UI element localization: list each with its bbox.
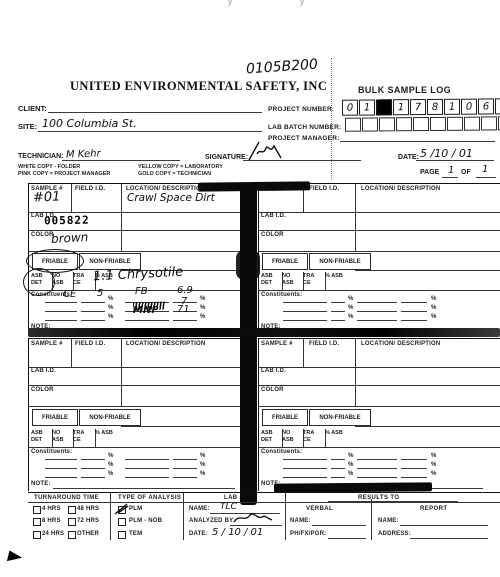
blank-line: [81, 459, 105, 460]
blank-line: [357, 302, 397, 303]
location-label: LOCATION/ DESCRIPTION: [361, 186, 440, 192]
technician-label: TECHNICIAN:: [18, 153, 64, 160]
field-id-cell: FIELD I.D.: [303, 339, 356, 367]
blank-line: [283, 459, 327, 460]
constituent-name: CE: [63, 289, 76, 300]
digit-box: 0: [461, 99, 477, 115]
asb-label: ASB: [31, 430, 43, 436]
color-value: brown: [51, 230, 89, 246]
lab-date-value: 5 / 10 / 01: [212, 527, 263, 538]
non-friable-label: NON-FRIABLE: [319, 259, 360, 265]
rule: [121, 426, 243, 427]
blank-line: [45, 311, 77, 312]
date-line: [416, 160, 494, 161]
digit: 0: [347, 102, 353, 113]
blank-line: [401, 302, 427, 303]
blank-line: [81, 320, 105, 321]
lab-id-label: LAB I.D.: [261, 368, 286, 374]
digit-box: 0: [342, 100, 358, 116]
site-line: [38, 131, 262, 132]
rule: [259, 251, 500, 252]
blank-line: [357, 320, 397, 321]
percent-sign: %: [431, 305, 436, 311]
blank-line: [401, 320, 427, 321]
non-friable-box: NON-FRIABLE: [309, 409, 371, 426]
color-cell: COLOR: [29, 385, 122, 406]
checkbox-8hrs: [33, 518, 41, 526]
project-number-boxes: 0 1 1 7 8 1 0 6 9: [342, 98, 500, 115]
percent-sign: %: [200, 453, 205, 459]
blank-line: [283, 468, 327, 469]
client-label: CLIENT:: [18, 104, 47, 113]
digit-box-filled: [376, 99, 392, 115]
pct-asb-label: % ASB: [325, 273, 343, 279]
percent-sign: %: [200, 471, 205, 477]
bottom-table: TURNAROUND TIME TYPE OF ANALYSIS LAB RES…: [28, 492, 500, 540]
blank-line: [357, 477, 397, 478]
percent-sign: %: [348, 462, 353, 468]
percent-sign: %: [431, 453, 436, 459]
blank-line: [331, 477, 345, 478]
analyzed-by-scribble: [232, 511, 277, 525]
empty-box: [379, 117, 395, 131]
checkbox-24hrs: [33, 531, 41, 539]
page-total: 1: [482, 164, 488, 175]
blank-line: [125, 320, 169, 321]
constituents-label: Constituents:: [261, 449, 302, 455]
non-friable-label: NON-FRIABLE: [89, 259, 130, 265]
blank-line: [173, 468, 197, 469]
pct-asb-label: % ASB: [95, 430, 113, 436]
pct-asb-cell: % ASB: [93, 429, 123, 448]
blank-line: [401, 459, 427, 460]
copy-legend-white: WHITE COPY - FOLDER: [18, 164, 80, 170]
blank-line: [283, 311, 327, 312]
verbal-name-label: NAME:: [290, 518, 311, 524]
divider: [183, 493, 184, 540]
color-label: COLOR: [261, 387, 284, 393]
sample-number-label: SAMPLE #: [31, 341, 63, 347]
scan-artifact-blob: [236, 250, 260, 280]
friable-label: FRIABLE: [272, 415, 298, 421]
non-friable-label: NON-FRIABLE: [319, 415, 360, 421]
blank-line: [283, 302, 327, 303]
lab-batch-boxes: [345, 116, 500, 131]
location-label: LOCATION/ DESCRIPTION: [126, 341, 205, 347]
percent-sign: %: [348, 471, 353, 477]
empty-box: [464, 117, 480, 131]
option-other: OTHER: [77, 531, 99, 537]
percent-sign: %: [431, 462, 436, 468]
constituent-name: MNF: [133, 305, 158, 316]
rule: [259, 447, 500, 448]
signature-line: [243, 160, 361, 161]
ce-label: CE: [303, 437, 311, 443]
blank-line: [81, 311, 105, 312]
blank-line: [357, 311, 397, 312]
location-label: LOCATION/ DESCRIPTION: [361, 341, 440, 347]
blank-line: [331, 311, 345, 312]
blank-line: [81, 302, 105, 303]
phfxpgr-label: PH/FX/PGR:: [290, 531, 326, 537]
constituent-pct: 5: [97, 288, 103, 299]
verbal-title: VERBAL: [306, 506, 333, 512]
sample-number-value: #01: [33, 190, 61, 206]
project-manager-line: [340, 141, 495, 142]
option-72hrs: 72 HRS: [77, 518, 99, 524]
lab-batch-label: LAB BATCH NUMBER:: [268, 124, 341, 131]
digit-box: 1: [444, 99, 460, 115]
constituents-label: Constituents:: [31, 449, 72, 455]
checkbox-48hrs: [68, 506, 76, 514]
scan-artifact-top-smudge: [198, 181, 310, 191]
non-friable-box: NON-FRIABLE: [309, 253, 371, 270]
tra-label: TRA: [73, 273, 84, 279]
percent-sign: %: [108, 296, 113, 302]
copy-legend-yellow: YELLOW COPY = LABORATORY: [138, 164, 223, 170]
constituent-pct: 6.9: [177, 285, 193, 296]
lab-id-label: LAB I.D.: [261, 213, 286, 219]
percent-sign: %: [348, 314, 353, 320]
header-divider: [331, 58, 332, 180]
blank-line: [401, 468, 427, 469]
rule: [259, 406, 500, 407]
digit: 0: [466, 101, 472, 112]
field-id-label: FIELD I.D.: [75, 186, 105, 192]
blank-line: [331, 459, 345, 460]
blank-line: [125, 459, 169, 460]
field-id-label: FIELD I.D.: [309, 341, 339, 347]
option-4hrs: 4 HRS: [42, 506, 61, 512]
digit-box: 1: [393, 99, 409, 115]
rule: [29, 447, 243, 448]
no-label: NO: [282, 430, 290, 436]
lab-date-label: DATE:: [189, 531, 208, 537]
percent-sign: %: [108, 471, 113, 477]
blank-line: [283, 320, 327, 321]
technician-line: [62, 160, 180, 161]
percent-sign: %: [200, 314, 205, 320]
pct-asb-cell: % ASB: [323, 272, 357, 291]
rule: [28, 502, 500, 503]
friable-label: FRIABLE: [272, 259, 298, 265]
analysis-title: TYPE OF ANALYSIS: [118, 495, 181, 501]
scanned-bulk-sample-log: y y 0105B200 UNITED ENVIRONMENTAL SAFETY…: [0, 0, 500, 577]
phfxpgr-line: [328, 538, 366, 539]
percent-sign: %: [108, 314, 113, 320]
blank-line: [283, 477, 327, 478]
option-plm-nob: PLM - NOB: [129, 518, 162, 524]
pct-asb-label: % ASB: [325, 430, 343, 436]
tra-label: TRA: [303, 273, 314, 279]
option-tem: TEM: [129, 531, 142, 537]
blank-line: [357, 468, 397, 469]
page-number: 1: [448, 165, 454, 176]
blank-line: [125, 468, 169, 469]
pct-asb-cell: % ASB: [323, 429, 357, 448]
analyzed-by-line: [230, 525, 282, 526]
field-id-cell: FIELD I.D.: [303, 184, 356, 212]
rule: [259, 290, 500, 291]
checkbox-4hrs: [33, 506, 41, 514]
checkbox-other: [68, 531, 76, 539]
page-of-label: OF: [461, 169, 471, 176]
constituents-label: Constituents:: [261, 292, 302, 298]
checkbox-plm-nob: [118, 518, 126, 526]
lab-title: LAB: [224, 495, 238, 501]
ce-label: CE: [303, 280, 311, 286]
page-total-line: [476, 177, 496, 178]
asb-det-circle-annotation: [23, 268, 55, 296]
lab-id-label: LAB I.D.: [31, 368, 56, 374]
page-label: PAGE: [420, 169, 439, 176]
digit-box: 1: [359, 99, 375, 115]
blank-line: [125, 477, 169, 478]
option-48hrs: 48 HRS: [77, 506, 99, 512]
checkbox-72hrs: [68, 518, 76, 526]
asb-label: ASB: [282, 280, 294, 286]
results-to-line: [328, 501, 458, 502]
friable-box: FRIABLE: [262, 253, 308, 270]
digit: 1: [449, 101, 455, 112]
color-label: COLOR: [31, 387, 54, 393]
percent-sign: %: [108, 462, 113, 468]
field-id-label: FIELD I.D.: [75, 341, 105, 347]
constituent-pct: 71: [177, 304, 190, 315]
divider: [285, 493, 286, 540]
empty-box: [413, 117, 429, 131]
rule: [355, 270, 500, 271]
scan-artifact-arrow: [7, 550, 23, 564]
digit-box: 6: [478, 98, 494, 114]
digit: 8: [432, 101, 438, 112]
divider: [110, 493, 111, 540]
option-8hrs: 8 HRS: [42, 518, 61, 524]
digit-box: 9: [495, 98, 500, 114]
project-number-label: PROJECT NUMBER:: [268, 106, 334, 113]
signature-label: SIGNATURE:: [205, 154, 248, 161]
site-label: SITE:: [18, 122, 37, 131]
sample-block-2: SAMPLE # FIELD I.D. LOCATION/ DESCRIPTIO…: [258, 183, 500, 334]
asb-label: ASB: [261, 273, 273, 279]
location-value: Crawl Space Dirt: [127, 192, 215, 204]
scan-artifact-mid-band: [28, 328, 500, 337]
field-id-label: FIELD I.D.: [309, 186, 339, 192]
divider: [371, 499, 372, 540]
blank-line: [81, 468, 105, 469]
signature-scribble: [243, 140, 289, 162]
color-cell: COLOR: [259, 385, 356, 406]
asb-label: ASB: [282, 437, 294, 443]
report-title: REPORT: [420, 506, 447, 512]
blank-line: [173, 477, 197, 478]
friable-box: FRIABLE: [262, 409, 308, 426]
percent-sign: %: [348, 453, 353, 459]
sample-block-3: SAMPLE # FIELD I.D. LOCATION/ DESCRIPTIO…: [28, 338, 243, 491]
non-friable-box: NON-FRIABLE: [79, 409, 141, 426]
lab-id-cell: LAB I.D.: [29, 367, 122, 385]
det-label: DET: [261, 437, 272, 443]
percent-sign: %: [108, 305, 113, 311]
blank-line: [331, 320, 345, 321]
blank-line: [173, 320, 197, 321]
blank-line: [173, 459, 197, 460]
sample-number-label: SAMPLE #: [261, 341, 293, 347]
handwritten-stamp-number: 0105B200: [246, 57, 319, 78]
color-label: COLOR: [261, 232, 284, 238]
det-label: DET: [31, 437, 42, 443]
percent-sign: %: [348, 305, 353, 311]
blank-line: [331, 468, 345, 469]
empty-box: [430, 117, 446, 131]
empty-box: [345, 118, 361, 132]
friable-box: FRIABLE: [32, 409, 78, 426]
blank-line: [45, 468, 77, 469]
percent-sign: %: [108, 453, 113, 459]
blank-line: [331, 302, 345, 303]
sample-number-cell: SAMPLE #: [259, 339, 304, 367]
ce-label: CE: [73, 280, 81, 286]
sample-block-4: SAMPLE # FIELD I.D. LOCATION/ DESCRIPTIO…: [258, 338, 500, 491]
lab-id-cell: LAB I.D.: [259, 367, 356, 385]
digit: 7: [415, 102, 421, 113]
lab-id-cell: LAB I.D.: [259, 212, 356, 230]
rule: [355, 426, 500, 427]
company-name: UNITED ENVIRONMENTAL SAFETY, INC: [70, 79, 327, 94]
blank-line: [401, 311, 427, 312]
tra-label: TRA: [73, 430, 84, 436]
scan-artifact-top: y: [300, 0, 305, 6]
blank-line: [45, 459, 77, 460]
note-line: [53, 488, 235, 489]
digit-box: 7: [410, 99, 426, 115]
percent-sign: %: [348, 296, 353, 302]
option-plm: PLM: [129, 506, 142, 512]
address-line: [410, 538, 488, 539]
lab-name-label: NAME:: [189, 506, 210, 512]
constituent-name: FB: [135, 286, 148, 297]
digit-box: 8: [427, 99, 443, 115]
det-label: DET: [261, 280, 272, 286]
percent-sign: %: [200, 305, 205, 311]
blank-line: [45, 302, 77, 303]
client-line: [48, 112, 262, 113]
digit: 6: [483, 101, 489, 112]
field-id-cell: FIELD I.D.: [71, 339, 122, 367]
blank-line: [401, 477, 427, 478]
percent-sign: %: [200, 296, 205, 302]
scan-artifact-vertical-bar: [240, 183, 257, 505]
sample-number-cell: SAMPLE #: [29, 339, 72, 367]
empty-box: [447, 117, 463, 131]
percent-sign: %: [431, 296, 436, 302]
empty-box: [362, 117, 378, 131]
empty-box: [396, 117, 412, 131]
no-label: NO: [282, 273, 290, 279]
analyzed-by-label: ANALYZED BY:: [189, 518, 235, 524]
date-value: 5 /10 / 01: [420, 147, 473, 160]
color-cell: COLOR: [259, 230, 356, 251]
checkbox-tem: [118, 531, 126, 539]
turnaround-title: TURNAROUND TIME: [34, 495, 99, 501]
percent-sign: %: [200, 462, 205, 468]
copy-legend-pink: PINK COPY = PROJECT MANAGER: [18, 171, 110, 177]
verbal-name-line: [312, 525, 366, 526]
field-id-cell: FIELD I.D.: [71, 184, 122, 212]
no-label: NO: [52, 430, 60, 436]
empty-box: [481, 116, 497, 130]
digit: 1: [364, 102, 370, 113]
ce-label: CE: [73, 437, 81, 443]
report-name-line: [400, 525, 488, 526]
rule: [29, 406, 243, 407]
page-line: [442, 177, 458, 178]
asb-label: ASB: [52, 437, 64, 443]
blank-line: [81, 477, 105, 478]
friable-label: FRIABLE: [42, 415, 68, 421]
asb-label: ASB: [261, 430, 273, 436]
technician-value: M Kehr: [66, 148, 101, 160]
non-friable-label: NON-FRIABLE: [89, 415, 130, 421]
blank-line: [357, 459, 397, 460]
sample-block-1: SAMPLE # FIELD I.D. LOCATION/ DESCRIPTIO…: [28, 183, 243, 334]
address-label: ADDRESS:: [378, 531, 411, 537]
site-value: 100 Columbia St.: [42, 117, 137, 130]
note-label: NOTE:: [31, 481, 51, 487]
digit: 1: [398, 102, 404, 113]
blank-line: [45, 477, 77, 478]
form-title: BULK SAMPLE LOG: [358, 85, 451, 95]
lab-id-value: 005822: [44, 214, 90, 228]
percent-sign: %: [431, 314, 436, 320]
report-name-label: NAME:: [378, 518, 399, 524]
tra-label: TRA: [303, 430, 314, 436]
percent-sign: %: [431, 471, 436, 477]
option-24hrs: 24 HRS: [42, 531, 64, 537]
copy-legend-gold: GOLD COPY = TECHNICIAN: [138, 171, 211, 177]
blank-line: [45, 320, 77, 321]
scan-artifact-top: y: [228, 0, 233, 6]
